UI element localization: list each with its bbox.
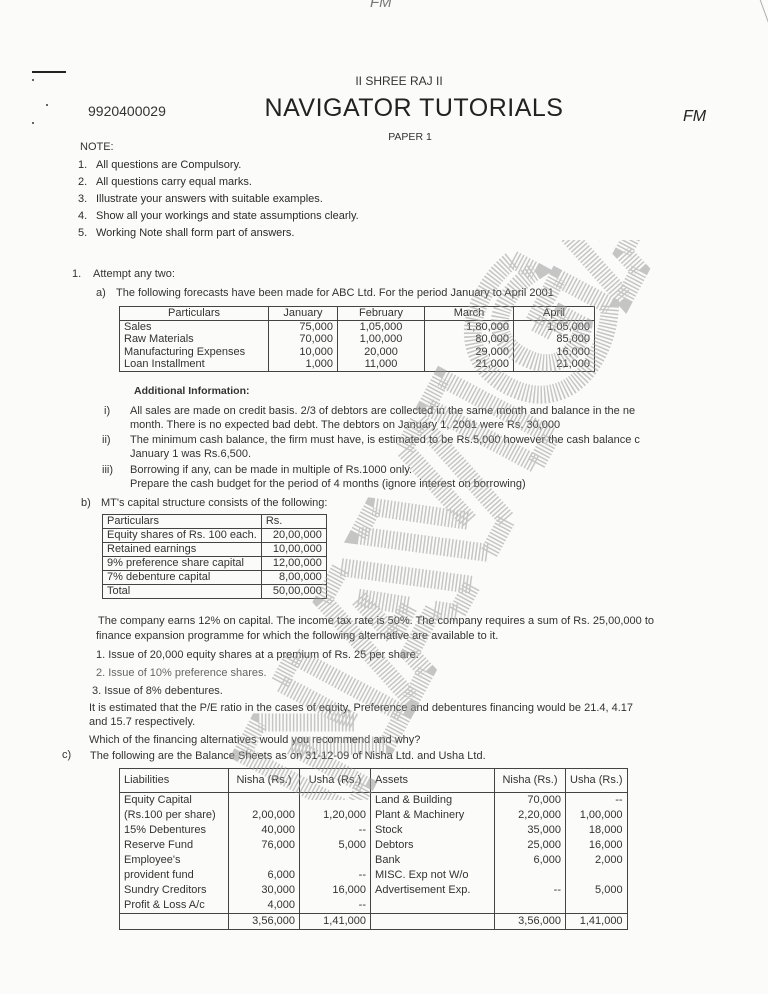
table-cell: 8,00,000 (261, 571, 326, 585)
table-cell: 75,000 (269, 320, 338, 333)
totals-row: 3,56,0001,41,0003,56,0001,41,000 (120, 914, 628, 930)
handwritten-fm-mark: FM (370, 0, 392, 11)
table-cell: 5,000 (300, 838, 371, 853)
table-cell: 18,000 (566, 823, 628, 838)
column-header: Nisha (Rs.) (229, 769, 300, 793)
table-cell: 1,05,000 (514, 320, 595, 333)
additional-info-heading: Additional Information: (134, 385, 250, 397)
total-cell: 1,41,000 (300, 914, 371, 930)
table-row: Loan Installment1,00011,00021,00021,000 (120, 358, 595, 371)
table-row: Retained earnings10,00,000 (103, 543, 327, 557)
table-row: Raw Materials70,0001,00,00080,00085,000 (120, 333, 595, 346)
table-cell: 16,000 (300, 883, 371, 898)
column-header: Particulars (103, 515, 262, 529)
table-cell: 1,80,000 (425, 320, 514, 333)
total-cell (120, 914, 229, 930)
point-text: Borrowing if any, can be made in multipl… (130, 464, 412, 476)
table-cell: 76,000 (229, 838, 300, 853)
part-a-label: a) (96, 287, 106, 299)
table-row: Sales75,0001,05,0001,80,0001,05,000 (120, 320, 595, 333)
part-b-paragraph: and 15.7 respectively. (89, 716, 195, 728)
row-label (371, 898, 495, 914)
point-text: Prepare the cash budget for the period o… (130, 478, 526, 490)
part-a-intro: The following forecasts have been made f… (116, 287, 554, 299)
balance-sheet-table: LiabilitiesNisha (Rs.)Usha (Rs.)AssetsNi… (119, 768, 628, 930)
table-cell: 12,00,000 (261, 557, 326, 571)
part-b-intro: MT's capital structure consists of the f… (101, 497, 327, 509)
row-label: provident fund (120, 868, 229, 883)
table-cell: 10,000 (269, 346, 338, 359)
total-cell (371, 914, 495, 930)
question-instruction: Attempt any two: (93, 268, 175, 280)
part-b-paragraph: The company earns 12% on capital. The in… (98, 615, 654, 627)
total-cell: 3,56,000 (495, 914, 566, 930)
row-label: Loan Installment (120, 358, 269, 371)
column-header: January (269, 307, 338, 321)
row-label: Stock (371, 823, 495, 838)
table-cell: 1,00,000 (566, 808, 628, 823)
table-cell: 16,000 (566, 838, 628, 853)
table-cell: 20,000 (338, 346, 425, 359)
row-label: 7% debenture capital (103, 571, 262, 585)
table-cell: 29,000 (425, 346, 514, 359)
point-text: month. There is no expected bad debt. Th… (130, 419, 560, 431)
alternative-item: 3. Issue of 8% debentures. (92, 685, 223, 697)
table-cell: 21,000 (425, 358, 514, 371)
row-label: Total (103, 585, 262, 599)
total-cell: 3,56,000 (229, 914, 300, 930)
column-header: February (338, 307, 425, 321)
table-cell: 50,00,000 (261, 585, 326, 599)
table-cell: 6,000 (495, 853, 566, 868)
total-cell: 1,41,000 (566, 914, 628, 930)
table-cell: 2,000 (566, 853, 628, 868)
part-c-intro: The following are the Balance Sheets as … (90, 750, 486, 762)
table-row: Sundry Creditors30,00016,000Advertisemen… (120, 883, 628, 898)
table-cell (300, 793, 371, 809)
row-label: Manufacturing Expenses (120, 346, 269, 359)
table-header-row: ParticularsJanuaryFebruaryMarchApril (120, 307, 595, 321)
point-number: iii) (102, 464, 113, 476)
table-cell: 70,000 (495, 793, 566, 809)
column-header: Liabilities (120, 769, 229, 793)
scan-dash-mark (32, 71, 66, 73)
table-row: provident fund6,000--MISC. Exp not W/o (120, 868, 628, 883)
table-row: 15% Debentures40,000--Stock35,00018,000 (120, 823, 628, 838)
part-b-question: Which of the financing alternatives woul… (89, 734, 420, 746)
row-label: 15% Debentures (120, 823, 229, 838)
table-header-row: ParticularsRs. (103, 515, 327, 529)
note-item: 2.All questions carry equal marks. (78, 174, 359, 191)
table-cell: 40,000 (229, 823, 300, 838)
table-row: 9% preference share capital12,00,000 (103, 557, 327, 571)
row-label: MISC. Exp not W/o (371, 868, 495, 883)
column-header: Nisha (Rs.) (495, 769, 566, 793)
table-cell: -- (300, 898, 371, 914)
table-cell: 35,000 (495, 823, 566, 838)
table-cell (495, 868, 566, 883)
institute-title: NAVIGATOR TUTORIALS (0, 94, 768, 123)
column-header: Assets (371, 769, 495, 793)
column-header: March (425, 307, 514, 321)
row-label: Sales (120, 320, 269, 333)
column-header: Rs. (261, 515, 326, 529)
table-cell: 6,000 (229, 868, 300, 883)
question-number: 1. (72, 268, 81, 280)
note-item: 5.Working Note shall form part of answer… (78, 225, 359, 242)
notes-list: 1.All questions are Compulsory. 2.All qu… (78, 157, 359, 242)
row-label: Debtors (371, 838, 495, 853)
row-label: Advertisement Exp. (371, 883, 495, 898)
row-label: Equity shares of Rs. 100 each. (103, 529, 262, 543)
table-cell: 1,00,000 (338, 333, 425, 346)
invocation-line: II SHREE RAJ II (0, 74, 768, 88)
column-header: Usha (Rs.) (566, 769, 628, 793)
table-cell (566, 898, 628, 914)
note-item: 4.Show all your workings and state assum… (78, 208, 359, 225)
table-row: (Rs.100 per share)2,00,0001,20,000Plant … (120, 808, 628, 823)
point-text: January 1 was Rs.6,500. (130, 448, 251, 460)
point-number: ii) (102, 434, 111, 446)
alternative-item: 1. Issue of 20,000 equity shares at a pr… (96, 649, 419, 661)
table-cell: 2,20,000 (495, 808, 566, 823)
notes-heading: NOTE: (80, 141, 114, 153)
table-row: 7% debenture capital8,00,000 (103, 571, 327, 585)
row-label: Reserve Fund (120, 838, 229, 853)
table-cell: 4,000 (229, 898, 300, 914)
table-row: Profit & Loss A/c4,000-- (120, 898, 628, 914)
table-cell: -- (300, 868, 371, 883)
table-cell (229, 793, 300, 809)
forecast-table: ParticularsJanuaryFebruaryMarchApril Sal… (119, 306, 595, 372)
note-item: 3.Illustrate your answers with suitable … (78, 191, 359, 208)
row-label: 9% preference share capital (103, 557, 262, 571)
point-text: The minimum cash balance, the firm must … (130, 434, 640, 446)
table-row: Equity shares of Rs. 100 each.20,00,000 (103, 529, 327, 543)
row-label: Sundry Creditors (120, 883, 229, 898)
column-header: April (514, 307, 595, 321)
subject-code: FM (683, 108, 706, 126)
table-cell: 85,000 (514, 333, 595, 346)
part-c-label: c) (62, 749, 71, 761)
column-header: Usha (Rs.) (300, 769, 371, 793)
table-cell: 10,00,000 (261, 543, 326, 557)
table-row: Employee'sBank6,0002,000 (120, 853, 628, 868)
table-cell: 11,000 (338, 358, 425, 371)
row-label: Profit & Loss A/c (120, 898, 229, 914)
table-cell: 1,20,000 (300, 808, 371, 823)
table-header-row: LiabilitiesNisha (Rs.)Usha (Rs.)AssetsNi… (120, 769, 628, 793)
point-text: All sales are made on credit basis. 2/3 … (130, 405, 635, 417)
table-cell: 5,000 (566, 883, 628, 898)
row-label: (Rs.100 per share) (120, 808, 229, 823)
table-row: Manufacturing Expenses10,00020,00029,000… (120, 346, 595, 359)
part-b-paragraph: It is estimated that the P/E ratio in th… (89, 702, 633, 714)
table-row: Total50,00,000 (103, 585, 327, 599)
point-number: i) (104, 405, 110, 417)
row-label: Retained earnings (103, 543, 262, 557)
table-cell: -- (495, 883, 566, 898)
table-cell: 25,000 (495, 838, 566, 853)
table-cell: 80,000 (425, 333, 514, 346)
row-label: Land & Building (371, 793, 495, 809)
capital-structure-table: ParticularsRs.Equity shares of Rs. 100 e… (102, 514, 327, 599)
table-cell: 20,00,000 (261, 529, 326, 543)
table-cell: 70,000 (269, 333, 338, 346)
part-b-paragraph: finance expansion programme for which th… (96, 630, 498, 642)
table-cell: 1,05,000 (338, 320, 425, 333)
table-cell: 30,000 (229, 883, 300, 898)
table-row: Equity CapitalLand & Building70,000-- (120, 793, 628, 809)
alternative-item: 2. Issue of 10% preference shares. (96, 667, 267, 679)
row-label: Bank (371, 853, 495, 868)
part-b-label: b) (81, 497, 91, 509)
table-cell: 21,000 (514, 358, 595, 371)
table-cell (566, 868, 628, 883)
row-label: Equity Capital (120, 793, 229, 809)
note-item: 1.All questions are Compulsory. (78, 157, 359, 174)
row-label: Plant & Machinery (371, 808, 495, 823)
table-cell: 2,00,000 (229, 808, 300, 823)
table-cell (229, 853, 300, 868)
table-cell (300, 853, 371, 868)
table-cell: -- (300, 823, 371, 838)
table-cell: 16,000 (514, 346, 595, 359)
scan-corner-mark (738, 0, 768, 40)
table-cell (495, 898, 566, 914)
table-row: Reserve Fund76,0005,000Debtors25,00016,0… (120, 838, 628, 853)
row-label: Employee's (120, 853, 229, 868)
column-header: Particulars (120, 307, 269, 321)
table-cell: -- (566, 793, 628, 809)
row-label: Raw Materials (120, 333, 269, 346)
paper-label: PAPER 1 (0, 131, 768, 143)
table-cell: 1,000 (269, 358, 338, 371)
